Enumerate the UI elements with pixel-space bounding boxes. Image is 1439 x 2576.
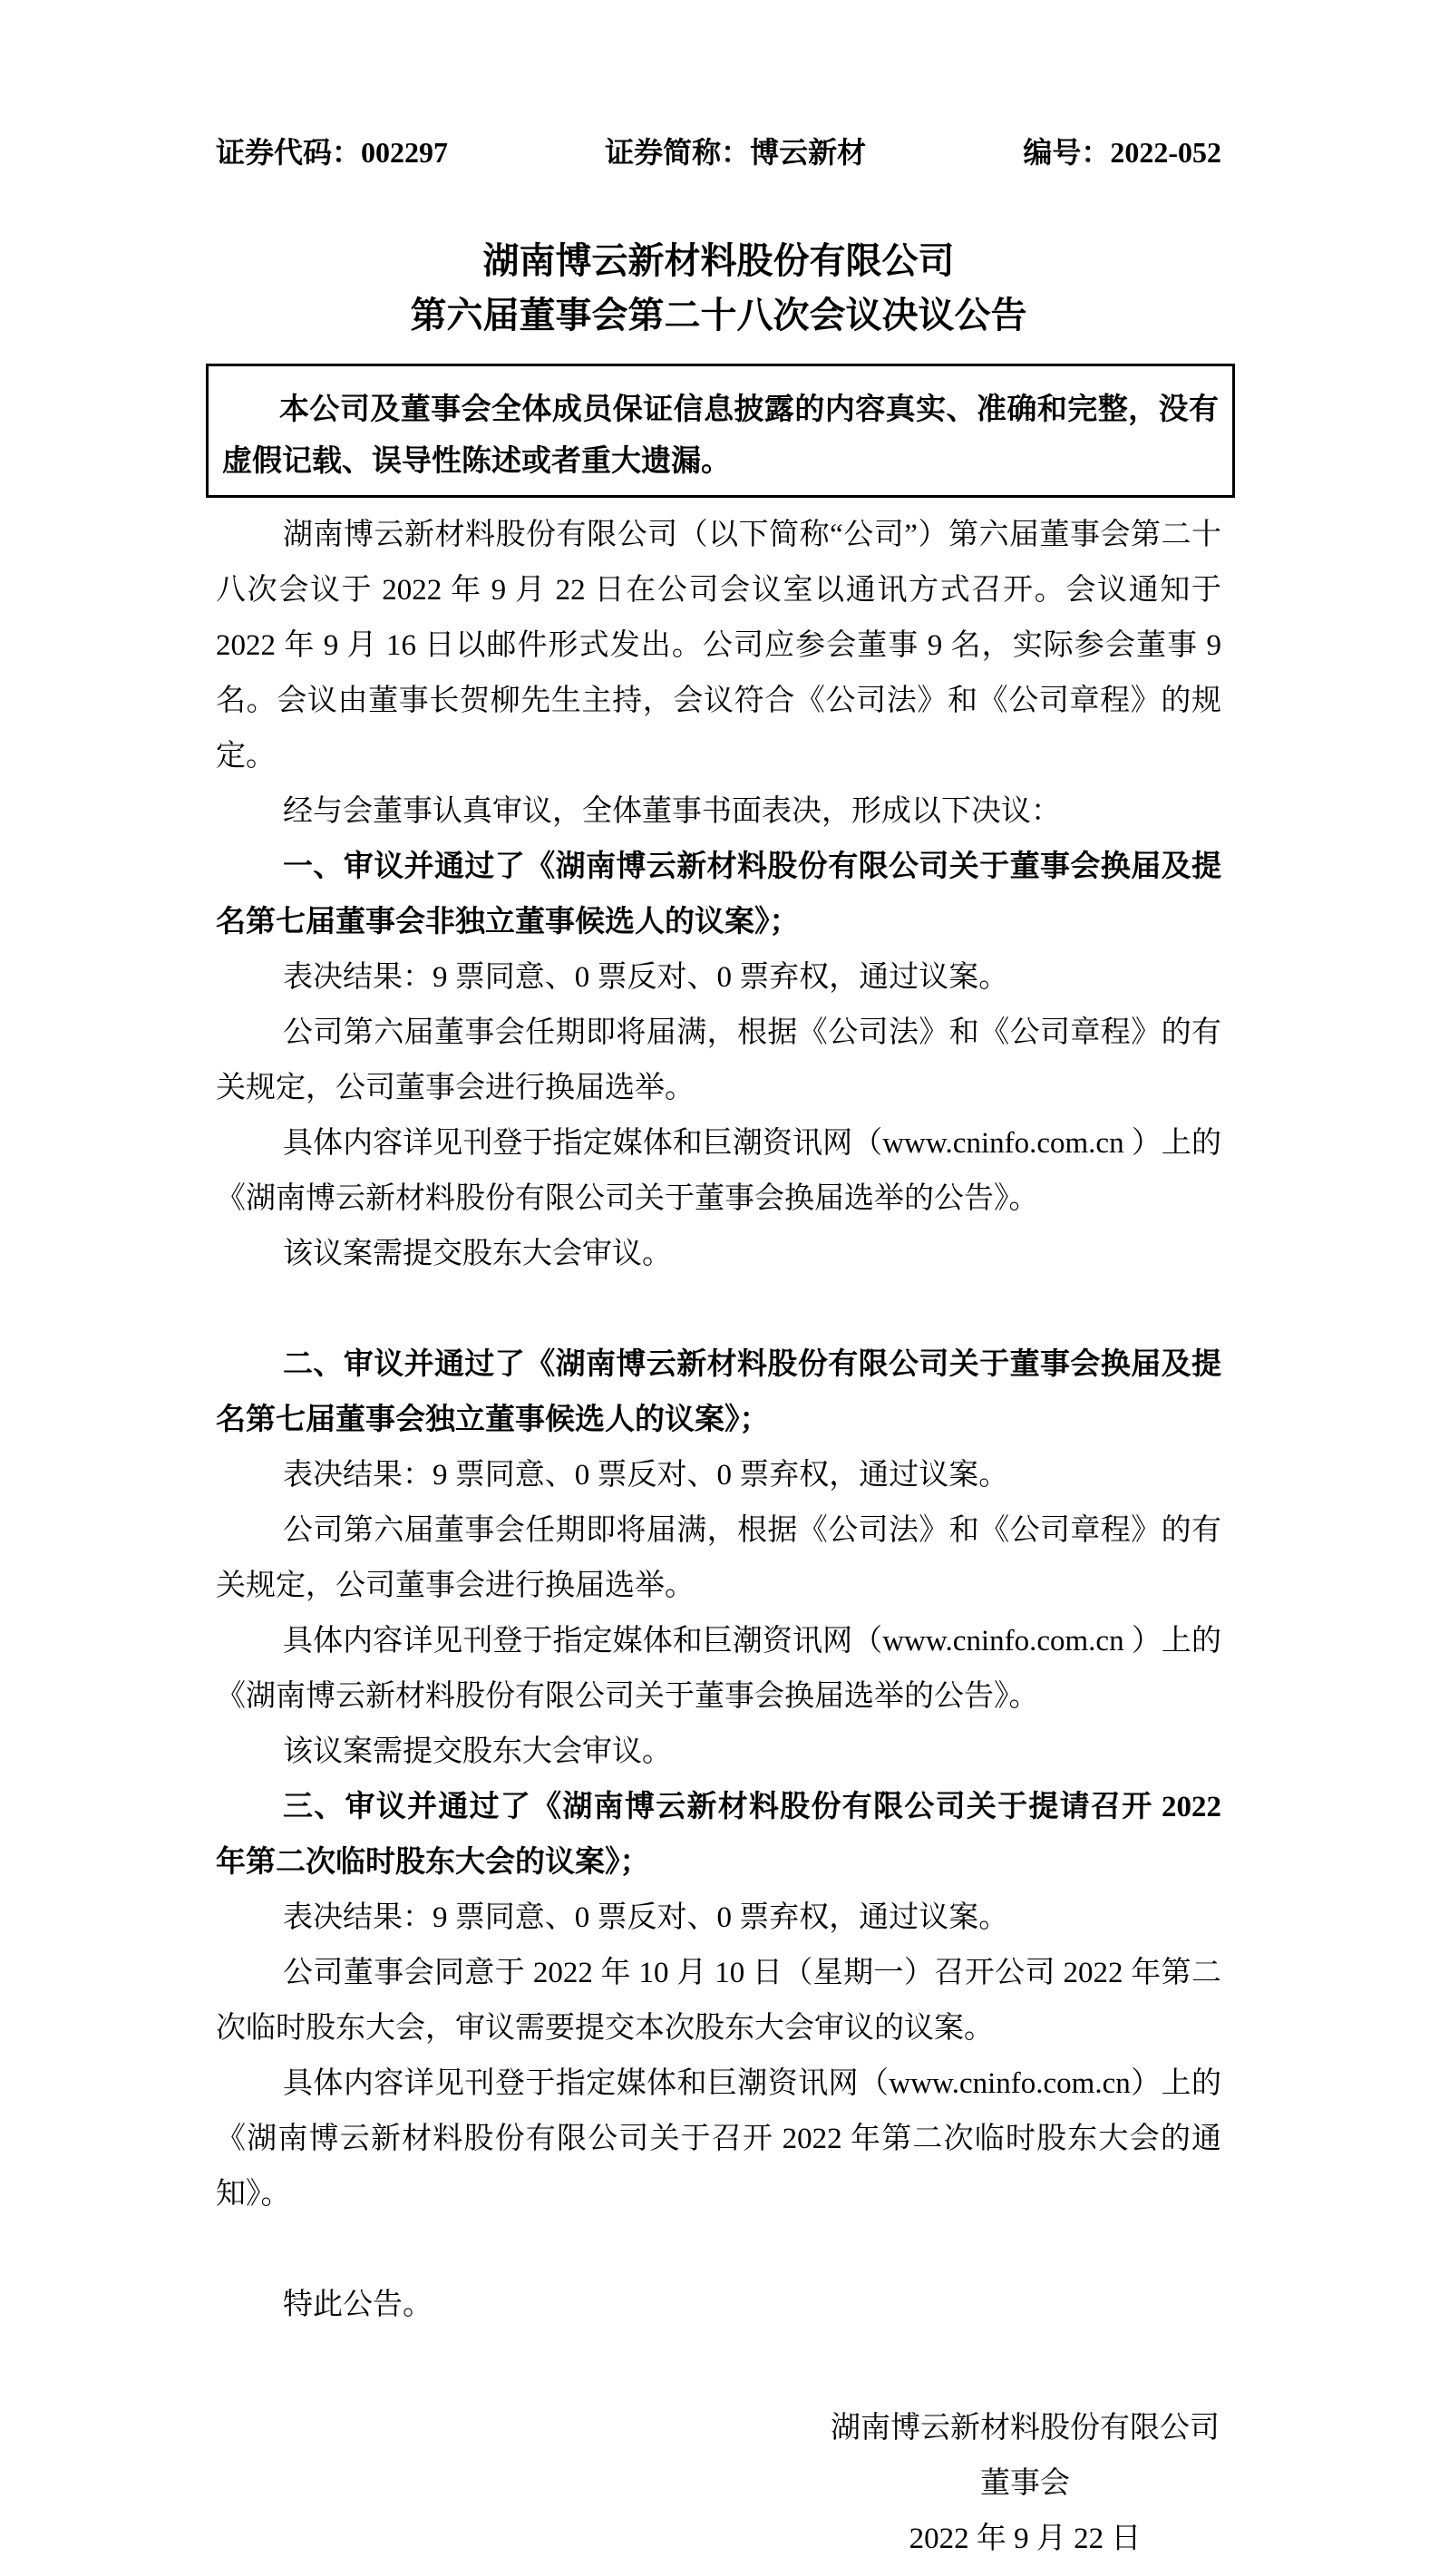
body-paragraphs: 湖南博云新材料股份有限公司（以下简称“公司”）第六届董事会第二十八次会议于 20… <box>216 508 1221 2333</box>
page-content: 证券代码：002297 证券简称：博云新材 编号：2022-052 湖南博云新材… <box>216 0 1221 2567</box>
signature-board: 董事会 <box>829 2456 1221 2512</box>
paragraph-3: 一、审议并通过了《湖南博云新材料股份有限公司关于董事会换届及提名第七届董事会非独… <box>216 840 1221 950</box>
announcement-page: 证券代码：002297 证券简称：博云新材 编号：2022-052 湖南博云新材… <box>0 0 1439 2576</box>
paragraph-14: 表决结果：9 票同意、0 票反对、0 票弃权，通过议案。 <box>216 1891 1221 1946</box>
paragraph-7: 该议案需提交股东大会审议。 <box>216 1227 1221 1282</box>
paragraph-15: 公司董事会同意于 2022 年 10 月 10 日（星期一）召开公司 2022 … <box>216 1946 1221 2056</box>
signature-date: 2022 年 9 月 22 日 <box>829 2512 1221 2567</box>
paragraph-10: 公司第六届董事会任期即将届满，根据《公司法》和《公司章程》的有关规定，公司董事会… <box>216 1503 1221 1614</box>
stock-name-label: 证券简称：博云新材 <box>605 134 866 170</box>
announcement-title: 第六届董事会第二十八次会议决议公告 <box>216 288 1221 343</box>
company-title: 湖南博云新材料股份有限公司 <box>216 234 1221 288</box>
paragraph-4: 表决结果：9 票同意、0 票反对、0 票弃权，通过议案。 <box>216 950 1221 1006</box>
disclaimer-box: 本公司及董事会全体成员保证信息披露的内容真实、准确和完整，没有虚假记载、误导性陈… <box>206 364 1235 498</box>
paragraph-12: 该议案需提交股东大会审议。 <box>216 1725 1221 1780</box>
paragraph-1: 湖南博云新材料股份有限公司（以下简称“公司”）第六届董事会第二十八次会议于 20… <box>216 508 1221 784</box>
paragraph-16: 具体内容详见刊登于指定媒体和巨潮资讯网（www.cninfo.com.cn）上的… <box>216 2056 1221 2222</box>
paragraph-2: 经与会董事认真审议，全体董事书面表决，形成以下决议： <box>216 784 1221 840</box>
paragraph-5: 公司第六届董事会任期即将届满，根据《公司法》和《公司章程》的有关规定，公司董事会… <box>216 1006 1221 1116</box>
paragraph-13: 三、审议并通过了《湖南博云新材料股份有限公司关于提请召开 2022 年第二次临时… <box>216 1780 1221 1891</box>
stock-code-label: 证券代码：002297 <box>216 134 448 170</box>
paragraph-6: 具体内容详见刊登于指定媒体和巨潮资讯网（www.cninfo.com.cn ）上… <box>216 1116 1221 1227</box>
doc-number-label: 编号：2022-052 <box>1023 134 1221 170</box>
document-header: 证券代码：002297 证券简称：博云新材 编号：2022-052 <box>216 0 1221 170</box>
signature-company: 湖南博云新材料股份有限公司 <box>829 2401 1221 2456</box>
paragraph-17: 特此公告。 <box>216 2278 1221 2333</box>
paragraph-11: 具体内容详见刊登于指定媒体和巨潮资讯网（www.cninfo.com.cn ）上… <box>216 1614 1221 1725</box>
paragraph-9: 表决结果：9 票同意、0 票反对、0 票弃权，通过议案。 <box>216 1448 1221 1503</box>
paragraph-8: 二、审议并通过了《湖南博云新材料股份有限公司关于董事会换届及提名第七届董事会独立… <box>216 1337 1221 1448</box>
signature-block: 湖南博云新材料股份有限公司 董事会 2022 年 9 月 22 日 <box>829 2401 1221 2567</box>
